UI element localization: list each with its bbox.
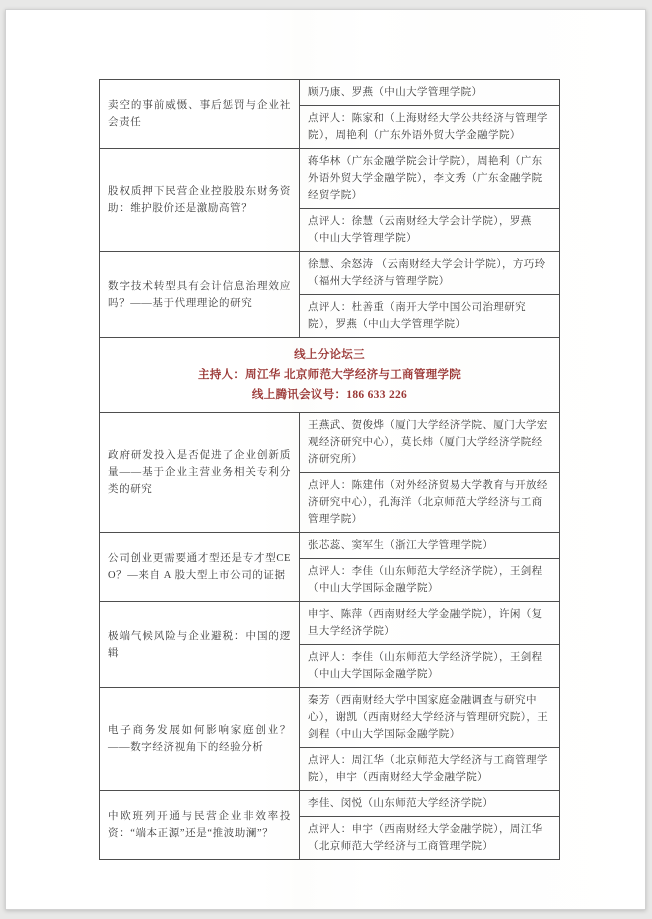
document-page: { "colors": { "page_background": "#e8e8e… <box>0 0 652 919</box>
paper-authors: 顾乃康、罗燕（中山大学管理学院） <box>300 80 560 106</box>
table-row: 公司创业更需要通才型还是专才型CEO？—来自 A 股大型上市公司的证据 张芯蕊、… <box>100 533 560 559</box>
table-row: 数字技术转型具有会计信息治理效应吗？——基于代理理论的研究 徐慧、余怒涛 （云南… <box>100 252 560 295</box>
table-row: 政府研发投入是否促进了企业创新质量——基于企业主营业务相关专利分类的研究 王燕武… <box>100 413 560 473</box>
paper-topic: 政府研发投入是否促进了企业创新质量——基于企业主营业务相关专利分类的研究 <box>100 413 300 533</box>
meeting-id-label: 线上腾讯会议号： <box>252 389 346 401</box>
paper-authors: 秦芳（西南财经大学中国家庭金融调查与研究中心），谢凯（西南财经大学经济与管理研究… <box>300 688 560 748</box>
paper-topic: 卖空的事前威慑、事后惩罚与企业社会责任 <box>100 80 300 149</box>
paper-topic: 极端气候风险与企业避税：中国的逻辑 <box>100 602 300 688</box>
paper-reviewers: 点评人：李佳（山东师范大学经济学院），王剑程（中山大学国际金融学院） <box>300 645 560 688</box>
paper-reviewers: 点评人：李佳（山东师范大学经济学院），王剑程（中山大学国际金融学院） <box>300 559 560 602</box>
paper-authors: 蒋华林（广东金融学院会计学院），周艳利（广东外语外贸大学金融学院），李文秀（广东… <box>300 149 560 209</box>
session-meeting: 线上腾讯会议号：186 633 226 <box>106 385 553 405</box>
meeting-id-value: 186 633 226 <box>346 389 407 401</box>
session-title: 线上分论坛三 <box>106 345 553 365</box>
paper-authors: 申宇、陈萍（西南财经大学金融学院），许闲（复旦大学经济学院） <box>300 602 560 645</box>
program-table: 卖空的事前威慑、事后惩罚与企业社会责任 顾乃康、罗燕（中山大学管理学院） 点评人… <box>99 79 560 860</box>
table-row: 极端气候风险与企业避税：中国的逻辑 申宇、陈萍（西南财经大学金融学院），许闲（复… <box>100 602 560 645</box>
paper-reviewers: 点评人：申宇（西南财经大学金融学院），周江华（北京师范大学经济与工商管理学院） <box>300 817 560 860</box>
table-row: 股权质押下民营企业控股股东财务资助：维护股价还是激励高管？ 蒋华林（广东金融学院… <box>100 149 560 209</box>
table-row: 电子商务发展如何影响家庭创业？——数字经济视角下的经验分析 秦芳（西南财经大学中… <box>100 688 560 748</box>
paper-topic: 股权质押下民营企业控股股东财务资助：维护股价还是激励高管？ <box>100 149 300 252</box>
table-row: 中欧班列开通与民营企业非效率投资：“端本正源”还是“推波助澜”？ 李佳、闵悦（山… <box>100 791 560 817</box>
paper-topic: 电子商务发展如何影响家庭创业？——数字经济视角下的经验分析 <box>100 688 300 791</box>
paper-reviewers: 点评人：陈建伟（对外经济贸易大学教育与开放经济研究中心），孔海洋（北京师范大学经… <box>300 473 560 533</box>
paper-authors: 徐慧、余怒涛 （云南财经大学会计学院），方巧玲（福州大学经济与管理学院） <box>300 252 560 295</box>
paper-authors: 王燕武、贺俊烨（厦门大学经济学院、厦门大学宏观经济研究中心），莫长炜（厦门大学经… <box>300 413 560 473</box>
table-row: 卖空的事前威慑、事后惩罚与企业社会责任 顾乃康、罗燕（中山大学管理学院） <box>100 80 560 106</box>
session-host: 主持人：周江华 北京师范大学经济与工商管理学院 <box>106 365 553 385</box>
paper-reviewers: 点评人：周江华（北京师范大学经济与工商管理学院），申宇（西南财经大学金融学院） <box>300 748 560 791</box>
session-header: 线上分论坛三 主持人：周江华 北京师范大学经济与工商管理学院 线上腾讯会议号：1… <box>100 338 560 413</box>
paper-authors: 张芯蕊、窦军生（浙江大学管理学院） <box>300 533 560 559</box>
paper-reviewers: 点评人：陈家和（上海财经大学公共经济与管理学院），周艳利（广东外语外贸大学金融学… <box>300 106 560 149</box>
paper-sheet: 卖空的事前威慑、事后惩罚与企业社会责任 顾乃康、罗燕（中山大学管理学院） 点评人… <box>5 9 646 910</box>
paper-reviewers: 点评人：杜善重（南开大学中国公司治理研究院），罗燕（中山大学管理学院） <box>300 295 560 338</box>
paper-topic: 数字技术转型具有会计信息治理效应吗？——基于代理理论的研究 <box>100 252 300 338</box>
paper-authors: 李佳、闵悦（山东师范大学经济学院） <box>300 791 560 817</box>
paper-topic: 中欧班列开通与民营企业非效率投资：“端本正源”还是“推波助澜”？ <box>100 791 300 860</box>
paper-reviewers: 点评人：徐慧（云南财经大学会计学院），罗燕（中山大学管理学院） <box>300 209 560 252</box>
paper-topic: 公司创业更需要通才型还是专才型CEO？—来自 A 股大型上市公司的证据 <box>100 533 300 602</box>
session-header-row: 线上分论坛三 主持人：周江华 北京师范大学经济与工商管理学院 线上腾讯会议号：1… <box>100 338 560 413</box>
